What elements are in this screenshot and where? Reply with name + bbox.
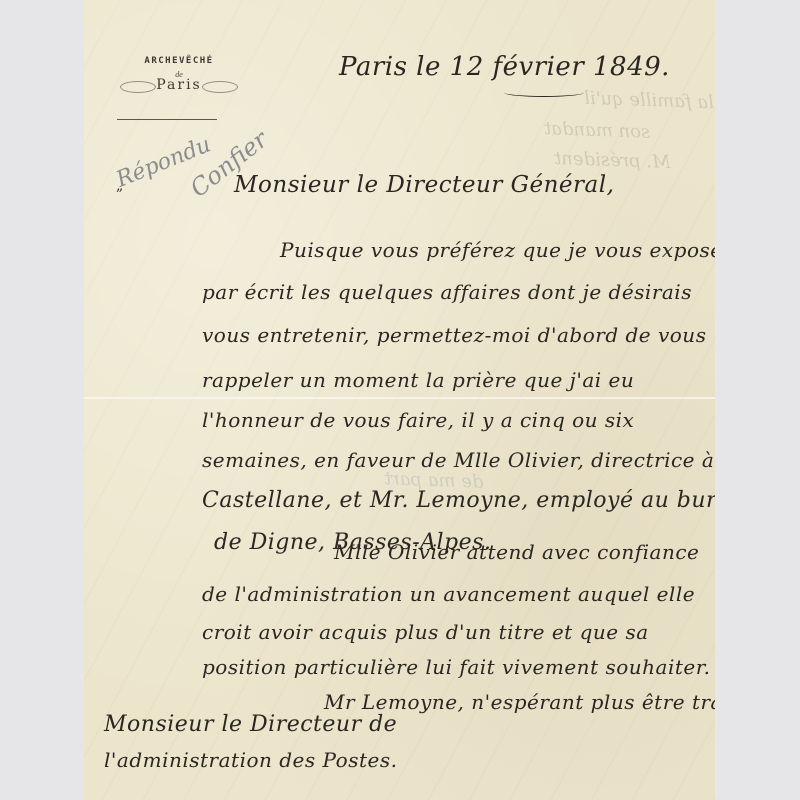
quote-mark: „	[116, 178, 123, 194]
body-line: par écrit les quelques affaires dont je …	[202, 280, 692, 304]
letterhead: ARCHEVÊCHÉ de Paris	[124, 56, 234, 93]
letterhead-city-text: Paris	[156, 77, 202, 93]
bleed-through-text: la famille qu'il	[584, 88, 715, 114]
letter-page: la famille qu'il son mandat M. président…	[84, 0, 715, 800]
letterhead-title: ARCHEVÊCHÉ	[124, 56, 234, 66]
body-line: semaines, en faveur de Mlle Olivier, dir…	[202, 448, 714, 472]
bleed-through-text: M. président	[554, 148, 671, 173]
body-line: l'honneur de vous faire, il y a cinq ou …	[202, 408, 634, 432]
letterhead-rule	[117, 119, 217, 120]
body-line: croit avoir acquis plus d'un titre et qu…	[202, 620, 649, 644]
body-line: Castellane, et Mr. Lemoyne, employé au b…	[202, 488, 715, 513]
body-line: position particulière lui fait vivement …	[202, 655, 710, 679]
date-line: Paris le 12 février 1849.	[339, 52, 670, 82]
date-underline	[504, 88, 584, 97]
flourish-icon	[120, 81, 156, 93]
addressee-line: Monsieur le Directeur de	[104, 712, 397, 737]
addressee-line: l'administration des Postes.	[104, 748, 397, 772]
body-line: rappeler un moment la prière que j'ai eu	[202, 368, 634, 392]
body-line: Puisque vous préférez que je vous expose	[280, 238, 715, 262]
flourish-icon	[202, 81, 238, 93]
paper-fold-line	[84, 397, 715, 399]
letterhead-city: Paris	[124, 77, 234, 93]
body-line: de l'administration un avancement auquel…	[202, 582, 695, 606]
body-line: Mlle Olivier attend avec confiance	[334, 540, 699, 564]
bleed-through-text: son mandat	[544, 118, 651, 143]
body-line: vous entretenir, permettez-moi d'abord d…	[202, 323, 706, 347]
body-line: Mr Lemoyne, n'espérant plus être transfé…	[324, 690, 715, 714]
salutation: Monsieur le Directeur Général,	[234, 172, 614, 198]
